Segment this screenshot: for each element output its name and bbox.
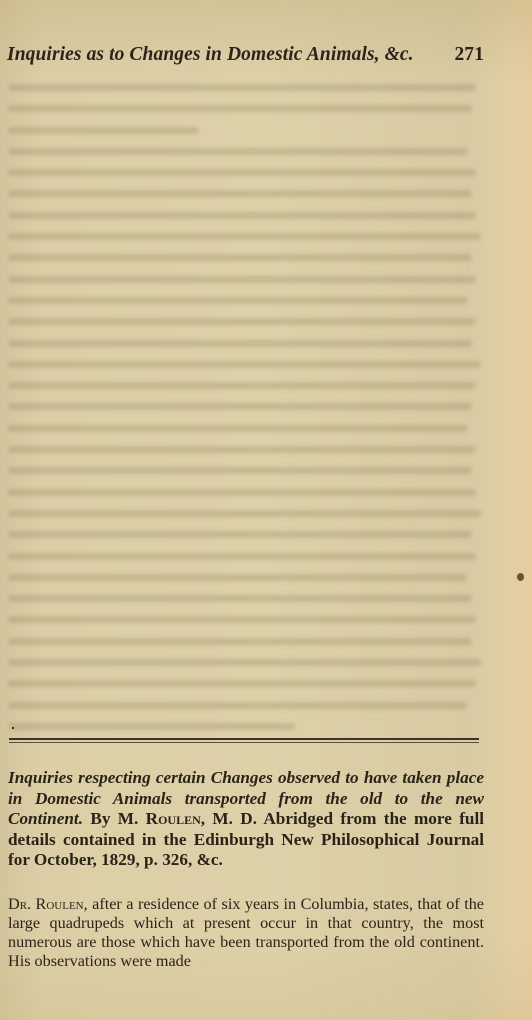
author-name: Roulen	[146, 809, 201, 828]
paper-stain	[517, 573, 524, 581]
print-mark	[12, 727, 14, 729]
running-head-title: Inquiries as to Changes in Domestic Anim…	[7, 44, 414, 65]
bleed-line	[8, 318, 476, 325]
bleed-line	[8, 233, 481, 240]
bleed-line	[8, 382, 476, 389]
bleed-line	[8, 169, 476, 176]
bleed-line	[8, 638, 472, 645]
bleed-line	[8, 489, 476, 496]
bleed-line	[8, 105, 472, 112]
article-body: Dr. Roulen, after a residence of six yea…	[8, 895, 484, 971]
bleed-line	[8, 361, 481, 368]
byline: By M. Roulen, M. D.	[90, 809, 263, 828]
bleed-line	[8, 403, 472, 410]
bleed-line	[8, 276, 476, 283]
bleed-line	[8, 127, 199, 134]
running-head: Inquiries as to Changes in Domestic Anim…	[7, 44, 487, 66]
bleed-line	[8, 616, 476, 623]
body-paragraph: Dr. Roulen, after a residence of six yea…	[8, 895, 484, 971]
page-number: 271	[454, 44, 484, 66]
bleed-line	[8, 297, 467, 304]
bleed-line	[8, 425, 467, 432]
article-heading: Inquiries respecting certain Changes obs…	[8, 768, 484, 871]
bleed-line	[8, 148, 467, 155]
bleed-line	[8, 84, 476, 91]
bleed-line	[8, 553, 476, 560]
bleed-line	[8, 723, 295, 730]
bleed-line	[8, 595, 472, 602]
bleed-line	[8, 190, 472, 197]
section-rule-thin	[9, 742, 479, 743]
bleed-line	[8, 659, 481, 666]
section-rule-thick	[9, 738, 479, 740]
bleed-line	[8, 531, 472, 538]
bleed-line	[8, 467, 472, 474]
bleed-line	[8, 702, 467, 709]
bleed-through-text	[8, 84, 486, 714]
author-suffix: , M. D.	[201, 809, 257, 828]
bleed-line	[8, 680, 476, 687]
bleed-line	[8, 340, 472, 347]
bleed-line	[8, 212, 476, 219]
body-lead-name: Dr. Roulen	[8, 895, 84, 913]
bleed-line	[8, 574, 467, 581]
byline-prefix: By M.	[90, 809, 138, 828]
bleed-line	[8, 510, 481, 517]
bleed-line	[8, 254, 472, 261]
bleed-line	[8, 446, 476, 453]
